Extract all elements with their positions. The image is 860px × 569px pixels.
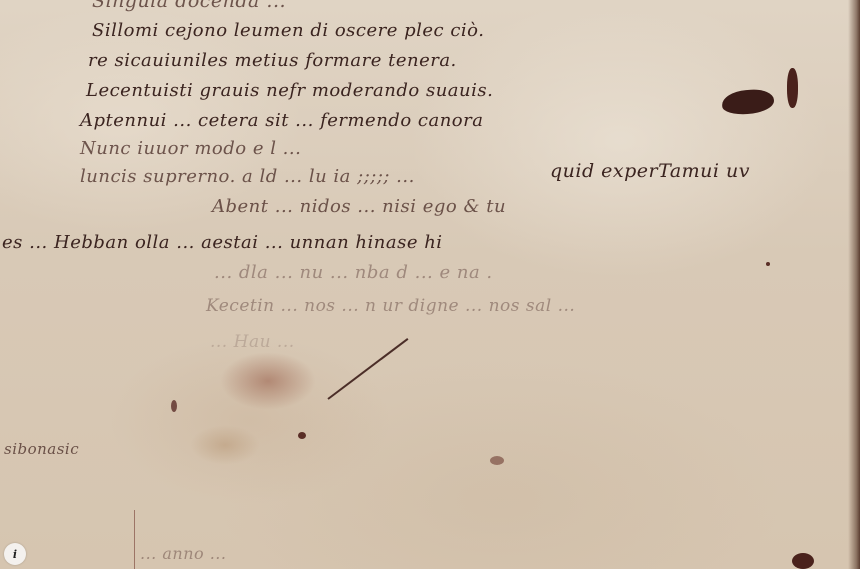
ink-spot: [298, 432, 306, 439]
text-line-1: Singula docenda ...: [92, 0, 286, 12]
text-line-13: ... Hau ...: [210, 332, 295, 352]
marginal-note: sibonasic: [4, 440, 79, 458]
ink-spot: [171, 400, 177, 412]
manuscript-photo: Singula docenda ... Sillomi cejono leume…: [0, 0, 860, 569]
ink-blot: [721, 88, 775, 116]
ink-spot: [490, 456, 504, 465]
text-line-8: quid experTamui uv: [550, 160, 750, 182]
info-button[interactable]: i: [4, 543, 26, 565]
faded-stain: [190, 425, 260, 465]
brown-stain: [220, 352, 316, 410]
scratch-mark: [327, 338, 408, 400]
bottom-text-line: ... anno ...: [140, 544, 226, 563]
text-line-6: Nunc iuuor modo e l ...: [80, 138, 301, 159]
info-icon: i: [13, 548, 17, 561]
text-line-4: Lecentuisti grauis nefr moderando suauis…: [86, 80, 493, 101]
text-line-5: Aptennui ... cetera sit ... fermendo can…: [80, 110, 483, 131]
text-line-11: ... dla ... nu ... nba d ... e na .: [214, 262, 493, 283]
page-edge: [848, 0, 860, 569]
text-line-10: es ... Hebban olla ... aestai ... unnan …: [2, 232, 443, 253]
ink-stroke-mark: [787, 68, 798, 108]
margin-ruling: [134, 510, 135, 569]
text-line-7: luncis suprerno. a ld ... lu ia ;;;;; ..…: [80, 166, 415, 187]
text-line-9: Abent ... nidos ... nisi ego & tu: [212, 196, 506, 217]
text-line-12: Kecetin ... nos ... n ur digne ... nos s…: [206, 296, 575, 316]
text-line-3: re sicauiuniles metius formare tenera.: [88, 50, 457, 71]
ink-spot: [792, 553, 814, 569]
ink-spot: [766, 262, 770, 266]
text-line-2: Sillomi cejono leumen di oscere plec ciò…: [92, 20, 484, 41]
